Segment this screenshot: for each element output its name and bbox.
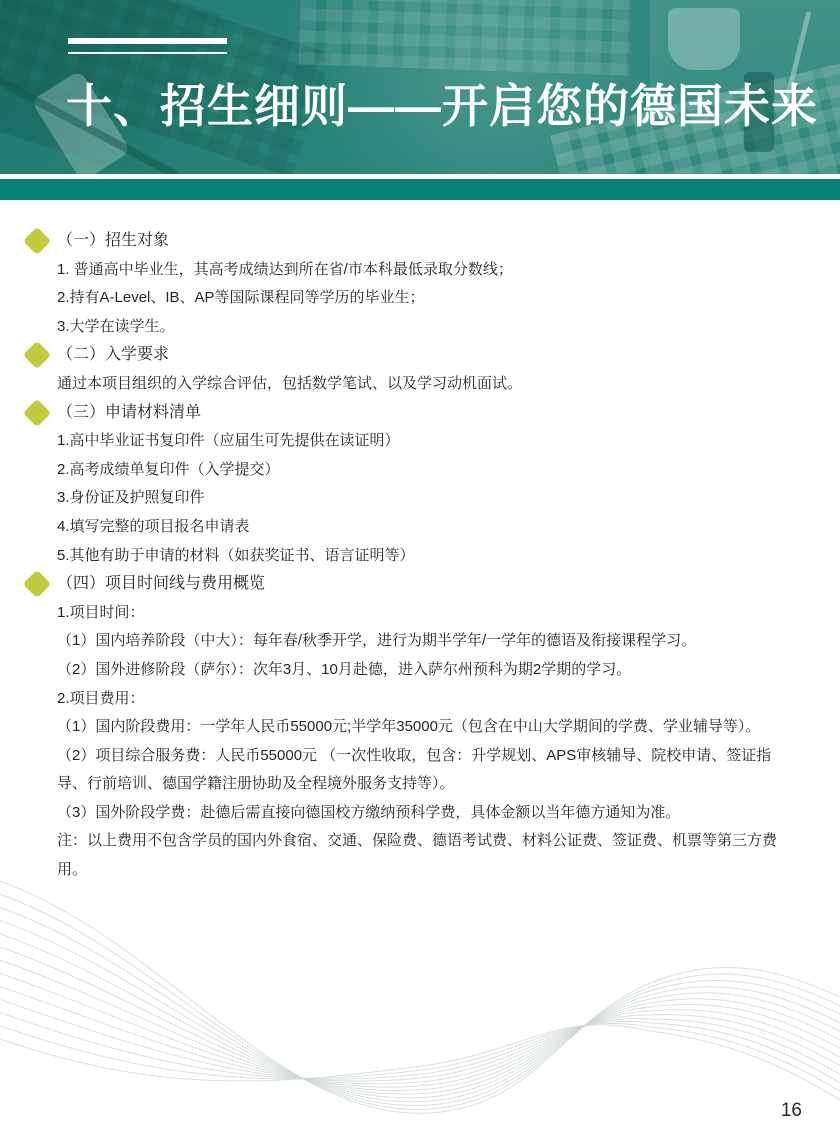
body-line: 1.高中毕业证书复印件（应届生可先提供在读证明） <box>57 427 800 456</box>
body-line: 2.项目费用： <box>57 685 800 714</box>
teal-divider-bar <box>0 179 840 200</box>
section-heading: （二）入学要求 <box>57 341 800 370</box>
section-title: （一）招生对象 <box>57 232 169 249</box>
body-line: （1）国内阶段费用：一学年人民币55000元;半学年35000元（包含在中山大学… <box>57 713 800 742</box>
header-banner: 十、招生细则——开启您的德国未来 <box>0 0 840 174</box>
diamond-bullet-icon <box>23 341 51 369</box>
page-title: 十、招生细则——开启您的德国未来 <box>66 70 818 136</box>
body-line: 1.项目时间： <box>57 599 800 628</box>
section-admission-requirements: （二）入学要求 通过本项目组织的入学综合评估，包括数学笔试、以及学习动机面试。 <box>57 341 800 398</box>
section-title: （二）入学要求 <box>57 346 169 363</box>
section-timeline-and-fees: （四）项目时间线与费用概览 1.项目时间： （1）国内培养阶段（中大）：每年春/… <box>57 570 800 885</box>
diamond-bullet-icon <box>23 227 51 255</box>
body-line: 2.高考成绩单复印件（入学提交） <box>57 456 800 485</box>
section-title: （四）项目时间线与费用概览 <box>57 575 265 592</box>
wave-decoration <box>0 870 840 1140</box>
body-line: 5.其他有助于申请的材料（如获奖证书、语言证明等） <box>57 542 800 571</box>
section-application-materials: （三）申请材料清单 1.高中毕业证书复印件（应届生可先提供在读证明） 2.高考成… <box>57 399 800 571</box>
page-number: 16 <box>781 1100 802 1122</box>
body-line: 3.身份证及护照复印件 <box>57 484 800 513</box>
body-line: （3）国外阶段学费：赴德后需直接向德国校方缴纳预科学费，具体金额以当年德方通知为… <box>57 799 800 828</box>
body-line: 4.填写完整的项目报名申请表 <box>57 513 800 542</box>
body-line: 3.大学在读学生。 <box>57 313 800 342</box>
body-line: 2.持有A-Level、IB、AP等国际课程同等学历的毕业生； <box>57 284 800 313</box>
body-line: （1）国内培养阶段（中大）：每年春/秋季开学，进行为期半学年/一学年的德语及衔接… <box>57 627 800 656</box>
diamond-bullet-icon <box>23 398 51 426</box>
section-enrollment-targets: （一）招生对象 1. 普通高中毕业生，其高考成绩达到所在省/市本科最低录取分数线… <box>57 227 800 341</box>
body-line: （2）项目综合服务费：人民币55000元 （一次性收取，包含：升学规划、APS审… <box>57 742 800 799</box>
body-line: 注：以上费用不包含学员的国内外食宿、交通、保险费、德语考试费、材料公证费、签证费… <box>57 827 800 884</box>
title-accent-line-thin <box>68 52 227 54</box>
document-page: 十、招生细则——开启您的德国未来 （一）招生对象 1. 普通高中毕业生，其高考成… <box>0 0 840 1140</box>
body-line: 通过本项目组织的入学综合评估，包括数学笔试、以及学习动机面试。 <box>57 370 800 399</box>
section-heading: （三）申请材料清单 <box>57 399 800 428</box>
section-heading: （一）招生对象 <box>57 227 800 256</box>
section-heading: （四）项目时间线与费用概览 <box>57 570 800 599</box>
section-title: （三）申请材料清单 <box>57 404 201 421</box>
body-line: 1. 普通高中毕业生，其高考成绩达到所在省/市本科最低录取分数线； <box>57 256 800 285</box>
content-area: （一）招生对象 1. 普通高中毕业生，其高考成绩达到所在省/市本科最低录取分数线… <box>57 227 800 885</box>
title-accent-line-thick <box>68 38 227 44</box>
body-line: （2）国外进修阶段（萨尔）：次年3月、10月赴德，进入萨尔州预科为期2学期的学习… <box>57 656 800 685</box>
diamond-bullet-icon <box>23 570 51 598</box>
